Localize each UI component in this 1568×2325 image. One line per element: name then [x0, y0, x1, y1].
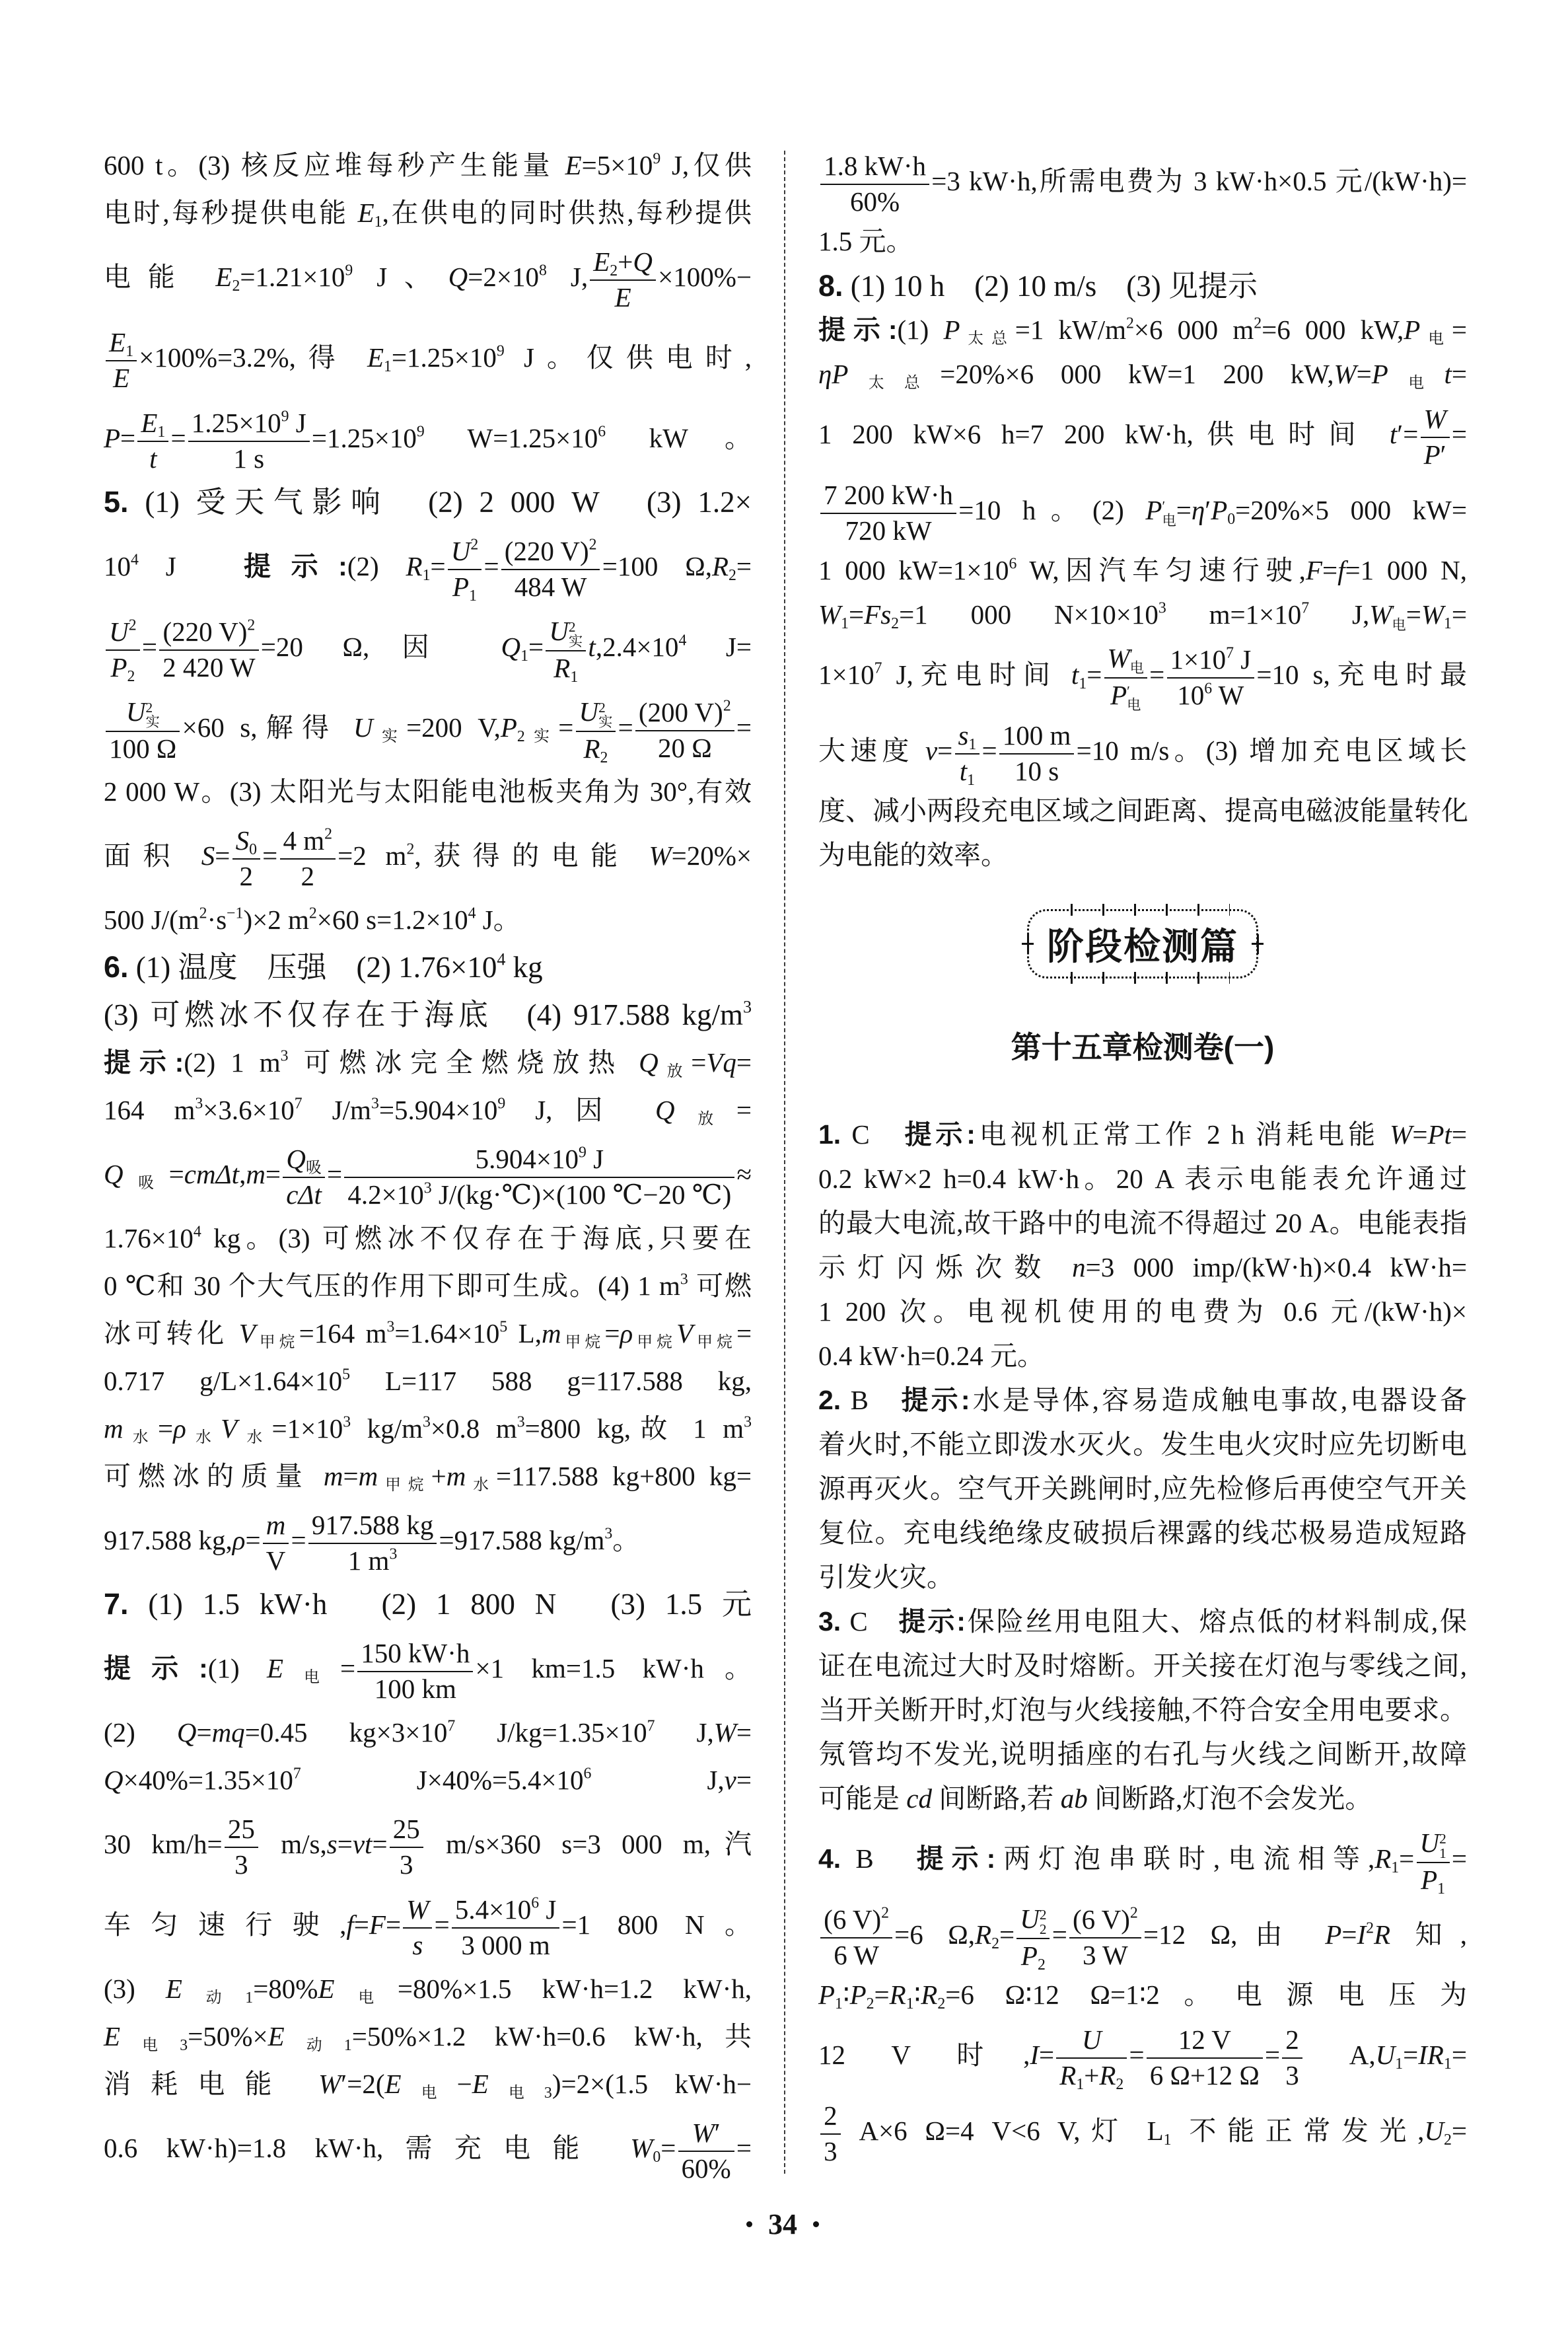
subscript: 放 — [659, 1063, 691, 1080]
text-line: 可燃冰的质量 m=m甲烷+m水=117.588 kg+800 kg= — [104, 1452, 752, 1500]
superscript: 8 — [539, 262, 547, 279]
math-variable: R — [583, 733, 600, 764]
math-variable: E — [358, 198, 374, 228]
fraction-numerator: U — [1056, 2024, 1127, 2058]
subscript: 1 — [835, 1995, 843, 2012]
subscript: 电3 — [489, 2085, 552, 2102]
subscript: 1 — [967, 772, 975, 789]
fraction: (6 V)26 W — [820, 1904, 892, 1970]
fraction-numerator: 12 V — [1147, 2024, 1263, 2058]
superscript: 2 — [324, 826, 332, 843]
super-subscript: 2实 — [598, 701, 612, 729]
subscript: 实 — [598, 716, 612, 729]
fraction: 23 — [820, 2100, 840, 2166]
super-subscript: 2实 — [569, 620, 583, 649]
math-variable: E — [215, 262, 232, 292]
subscript: 2 — [991, 1935, 999, 1952]
fraction-denominator: R2 — [576, 732, 616, 764]
superscript: 2 — [247, 617, 255, 634]
superscript: 3 — [195, 1095, 203, 1112]
text-line: 2. B 提示:水是导体,容易造成触电事故,电器设备 — [818, 1378, 1467, 1422]
superscript: 3 — [744, 1413, 752, 1430]
superscript: 3 — [1158, 599, 1166, 616]
fraction-numerator: E1 — [137, 408, 168, 441]
fraction-numerator: E1 — [106, 327, 137, 361]
superscript: 9 — [497, 1095, 505, 1112]
subscript: 电 — [402, 2085, 457, 2102]
superscript: 3 — [517, 1413, 525, 1430]
text-line: (2) Q=mq=0.45 kg×3×107 J/kg=1.35×107 J,W… — [104, 1709, 752, 1756]
math-variable: Q — [286, 1144, 306, 1174]
text-line: m水=ρ水V水=1×103 kg/m3×0.8 m3=800 kg,故 1 m3 — [104, 1405, 752, 1452]
subscript: 1 — [125, 344, 133, 361]
superscript: 7 — [874, 659, 882, 677]
math-variable: Q — [639, 1047, 659, 1078]
fraction-numerator: Q吸 — [283, 1144, 324, 1177]
text-line: 1×107 J,充电时间 t1=W′电P′电=1×107 J106 W=10 s… — [818, 637, 1467, 713]
math-variable: vt — [353, 1829, 373, 1859]
fraction-denominator: 60% — [678, 2152, 734, 2184]
fraction-denominator: 10 s — [999, 755, 1074, 787]
superscript: 2 — [145, 701, 159, 715]
superscript: 2 — [881, 1905, 889, 1922]
bold-label: 提示: — [917, 1843, 996, 1874]
subscript: 动1 — [182, 1989, 253, 2007]
bold-label: 提示: — [244, 551, 347, 581]
fraction-numerator: (6 V)2 — [1069, 1904, 1141, 1938]
bold-label: 3. — [818, 1606, 841, 1637]
text-line: 0.717 g/L×1.64×105 L=117 588 g=117.588 k… — [104, 1357, 752, 1405]
subscript: 甲烷 — [256, 1334, 299, 1351]
superscript: 3 — [371, 1095, 379, 1112]
text-line: ηP太总=20%×6 000 kW=1 200 kW,W=P电t= — [818, 352, 1467, 396]
math-variable: W — [649, 840, 671, 871]
math-variable: F — [1306, 555, 1322, 585]
math-variable: U — [1082, 2024, 1102, 2055]
text-line: 提示:(1) P太总=1 kW/m2×6 000 m2=6 000 kW,P电= — [818, 308, 1467, 352]
math-variable: R — [1059, 2060, 1076, 2090]
fraction: U21P1 — [1417, 1827, 1450, 1896]
fraction-denominator: R1 — [546, 651, 586, 684]
superscript: 2 — [406, 840, 414, 858]
text-line: 当开关断开时,灯泡与火线接触,不符合安全用电要求。 — [818, 1688, 1467, 1732]
fraction-denominator: 100 km — [357, 1672, 473, 1705]
text-line: 的最大电流,故干路中的电流不得超过 20 A。电能表指 — [818, 1201, 1467, 1245]
page-number: 34 — [768, 2207, 797, 2241]
fraction-denominator: 2 — [280, 860, 336, 892]
column-divider — [784, 151, 785, 2174]
text-line: 度、减小两段充电区域之间距离、提高电磁波能量转化 — [818, 789, 1467, 833]
superscript: 2 — [199, 904, 207, 922]
math-variable: P — [818, 1979, 835, 2010]
subscript: 2 — [867, 1995, 874, 2012]
text-line: 冰可转化 V甲烷=164 m3=1.64×105 L,m甲烷=ρ甲烷V甲烷= — [104, 1310, 752, 1357]
subscript: 电 — [283, 1669, 340, 1686]
subscript: 2 — [232, 277, 240, 295]
math-variable: E — [615, 282, 631, 313]
fraction-numerator: W — [403, 1894, 432, 1928]
math-variable: m — [266, 1510, 286, 1540]
math-variable: F — [369, 1909, 386, 1940]
math-variable: V — [676, 1318, 693, 1348]
subscript: 0 — [653, 2149, 660, 2166]
text-line: 证在电流过大时及时熔断。开关接在灯泡与零线之间, — [818, 1644, 1467, 1688]
math-variable: E — [166, 1974, 182, 2004]
math-variable: W — [406, 1894, 429, 1925]
subscript: 1 — [1395, 2055, 1403, 2073]
subscript: 2 — [891, 615, 899, 632]
text-line: 提示:(2) 1 m3 可燃冰完全燃烧放热 Q放=Vq= — [104, 1039, 752, 1086]
subscript: 1 — [157, 424, 165, 441]
text-line: 1.76×104 kg。(3) 可燃冰不仅存在于海底,只要在 — [104, 1214, 752, 1262]
fraction: Ws — [403, 1894, 432, 1960]
math-variable: R — [712, 551, 729, 581]
fraction-denominator: R1+R2 — [1056, 2059, 1127, 2091]
text-line: 着火时,不能立即泼水灭火。发生电火灾时应先切断电 — [818, 1422, 1467, 1467]
fraction-denominator: P1 — [448, 570, 481, 603]
fraction-numerator: U21 — [1417, 1827, 1450, 1863]
superscript: 5 — [342, 1366, 350, 1383]
text-line: 4. B 提示:两灯泡串联时,电流相等,R1=U21P1= — [818, 1821, 1467, 1897]
superscript: 9 — [653, 150, 660, 167]
bold-label: 8. — [818, 269, 843, 303]
text-line: 3. C 提示:保险丝用电阻大、熔点低的材料制成,保 — [818, 1600, 1467, 1644]
subscript: 1 — [384, 358, 392, 375]
superscript: 4 — [131, 551, 139, 568]
superscript: 5 — [499, 1318, 507, 1335]
math-variable: R — [1374, 1919, 1390, 1950]
subscript: 1 — [469, 587, 477, 605]
text-line: 104 J 提示:(2) R1=U2P1=(220 V)2484 W=100 Ω… — [104, 526, 752, 607]
bold-label: 提示: — [901, 1385, 970, 1415]
page-number-footer: 34 — [684, 2205, 882, 2242]
fraction-denominator: 4.2×103 J/(kg·℃)×(100 ℃−20 ℃) — [344, 1178, 734, 1210]
math-variable: ρ — [620, 1318, 633, 1348]
subscript: 1 — [1391, 1859, 1399, 1876]
fraction: E2+QE — [590, 246, 655, 313]
math-variable: cd — [906, 1783, 932, 1814]
math-variable: t — [149, 443, 157, 474]
answer-line: (3) 可燃冰不仅存在于海底 (4) 917.588 kg/m3 — [104, 991, 752, 1039]
math-variable: cΔt — [286, 1179, 322, 1210]
math-variable: s — [412, 1930, 423, 1960]
subscript: 2 — [1444, 2131, 1452, 2149]
fraction-numerator: W′ — [678, 2118, 734, 2151]
superscript: 2 — [1254, 314, 1262, 332]
text-line: (3) E动1=80%E电=80%×1.5 kW·h=1.2 kW·h, — [104, 1965, 752, 2012]
math-variable: m — [246, 1159, 266, 1189]
math-variable: P — [1404, 314, 1420, 345]
text-line: 可能是 cd 间断路,若 ab 间断路,灯泡不会发光。 — [818, 1777, 1467, 1821]
math-variable: E — [267, 1653, 283, 1683]
bold-label: 5. — [104, 485, 129, 519]
answer-line: 7. (1) 1.5 kW·h (2) 1 800 N (3) 1.5 元 — [104, 1580, 752, 1628]
subscript: 1 — [374, 213, 382, 231]
math-variable: Q — [177, 1717, 197, 1748]
subscript: 1 — [570, 669, 578, 686]
fraction-numerator: 4 m2 — [280, 825, 336, 859]
section-banner-wrap: 阶段检测篇 — [818, 909, 1467, 978]
text-line: 500 J/(m2·s−1)×2 m2×60 s=1.2×104 J。 — [104, 896, 752, 943]
text-line: U2实100 Ω×60 s,解得 U实=200 V,P2实=U2实R2=(200… — [104, 687, 752, 768]
right-column: 1.8 kW·h60%=3 kW·h,所需电费为 3 kW·h×0.5 元/(k… — [818, 143, 1467, 2169]
text-line: 大速度 v=s1t1=100 m10 s=10 m/s。(3) 增加充电区域长 — [818, 713, 1467, 789]
subscript: 太总 — [848, 375, 940, 392]
subscript: 2 — [127, 668, 135, 685]
text-line: 2 000 W。(3) 太阳光与太阳能电池板夹角为 30°,有效 — [104, 768, 752, 815]
text-line: U2P2=(220 V)22 420 W=20 Ω,因 Q1=U2实R1t,2.… — [104, 607, 752, 687]
fraction: W′60% — [678, 2118, 734, 2184]
math-variable: E — [318, 1974, 334, 2004]
fraction: U2P1 — [448, 536, 481, 602]
superscript: 6 — [1204, 680, 1212, 697]
fraction: 4 m22 — [280, 825, 336, 891]
superscript: 4 — [468, 904, 476, 922]
subscript: 1 — [1164, 2131, 1172, 2149]
math-variable: W — [1390, 1119, 1412, 1150]
fraction-numerator: 25 — [390, 1814, 423, 1847]
subscript: 电3 — [120, 2037, 188, 2054]
fraction: 1.8 kW·h60% — [820, 151, 929, 217]
subscript: 1 — [906, 1995, 914, 2012]
math-variable: R — [1099, 2060, 1116, 2090]
subscript: 水 — [186, 1429, 221, 1446]
math-variable: Q — [501, 632, 521, 662]
bold-label: 提示: — [818, 314, 897, 345]
fraction-numerator: 5.904×109 J — [344, 1144, 734, 1177]
fraction-denominator: 6 Ω+12 Ω — [1147, 2059, 1263, 2091]
text-line: 12 V 时,I=UR1+R2=12 V6 Ω+12 Ω=23 A,U1=IR1… — [818, 2017, 1467, 2093]
fraction: U2实R2 — [576, 696, 616, 764]
fraction: WP′ — [1421, 404, 1450, 470]
math-variable: P — [1325, 1919, 1341, 1950]
subscript: 水 — [466, 1477, 496, 1494]
text-line: P1∶P2=R1∶R2=6 Ω∶12 Ω=1∶2。电源电压为 — [818, 1973, 1467, 2017]
fraction-denominator: t1 — [955, 755, 980, 787]
math-variable: v — [725, 1765, 736, 1795]
subscript: 甲烷 — [633, 1334, 676, 1351]
fraction-denominator: P2 — [1016, 1939, 1050, 1972]
superscript: 6 — [531, 1895, 539, 1912]
fraction-numerator: (6 V)2 — [820, 1904, 892, 1938]
text-line: 源再灭火。空气开关跳闸时,应先检修后再使空气开关 — [818, 1467, 1467, 1511]
text-line: 消耗电能 W′=2(E电−E电3)=2×(1.5 kW·h− — [104, 2060, 752, 2108]
fraction-numerator: U2 — [448, 536, 481, 570]
subscript: 太总 — [960, 330, 1015, 348]
text-line: 7 200 kW·h720 kW=10 h。(2) P′电=η′P0=20%×5… — [818, 472, 1467, 548]
fraction-denominator: 1 s — [188, 442, 310, 474]
superscript: 9 — [417, 423, 425, 440]
math-variable: Vq — [706, 1047, 736, 1078]
math-variable: R — [406, 551, 423, 581]
bold-label: 提示: — [898, 1606, 965, 1637]
superscript: 3 — [389, 1545, 397, 1563]
math-variable: P — [501, 712, 517, 743]
math-variable: S — [201, 840, 215, 871]
fraction-denominator: t — [137, 442, 168, 474]
math-variable: W — [1424, 404, 1446, 434]
math-variable: Q — [448, 262, 468, 292]
subscript: 2 — [1040, 1923, 1047, 1937]
fraction-denominator: 2 420 W — [159, 651, 258, 683]
fraction: 12 V6 Ω+12 Ω — [1147, 2024, 1263, 2090]
subscript: 1 — [968, 737, 976, 754]
subscript: 实 — [373, 728, 406, 745]
subscript: 实 — [145, 716, 159, 729]
math-variable: IR — [1418, 2040, 1444, 2070]
superscript: 2 — [589, 536, 597, 554]
superscript: 3 — [343, 1413, 351, 1430]
math-variable: E — [141, 408, 157, 438]
subscript: 电 — [1130, 661, 1144, 675]
fraction: U2P2 — [106, 616, 139, 683]
math-variable: ηP — [818, 359, 848, 389]
subscript: 2 — [610, 263, 618, 280]
superscript: 2 — [1040, 1908, 1047, 1922]
math-variable: U — [109, 616, 129, 647]
fraction-numerator: 917.588 kg — [308, 1510, 437, 1543]
chapter-test-title: 第十五章检测卷(一) — [818, 1027, 1467, 1067]
decorative-cross-icon — [1022, 934, 1034, 954]
super-subscript: 22 — [1040, 1908, 1047, 1937]
text-line: 1 200 kW×6 h=7 200 kW·h,供电时间 t′=WP′= — [818, 396, 1467, 472]
math-variable: E — [109, 327, 125, 357]
superscript: 2 — [598, 701, 612, 715]
math-variable: R — [890, 1979, 906, 2010]
fraction: 1×107 J106 W — [1167, 644, 1255, 710]
subscript: 电 — [1420, 330, 1452, 348]
bold-label: 提示: — [104, 1047, 184, 1078]
fraction-denominator: 720 kW — [820, 514, 956, 546]
subscript: 电 — [1127, 698, 1141, 712]
answer-line: 6. (1) 温度 压强 (2) 1.76×104 kg — [104, 943, 752, 991]
math-variable: W — [692, 2118, 715, 2148]
math-variable: U — [1020, 1903, 1040, 1934]
text-line: E1E×100%=3.2%,得 E1=1.25×109 J。仅供电时, — [104, 317, 752, 398]
math-variable: E — [385, 2069, 402, 2099]
math-variable: E — [104, 2021, 120, 2051]
superscript: 9 — [579, 1144, 587, 1162]
super-subscript: ′电 — [1392, 604, 1406, 632]
fraction: 100 m10 s — [999, 720, 1074, 786]
text-line: E电3=50%×E动1=50%×1.2 kW·h=0.6 kW·h,共 — [104, 2012, 752, 2060]
fraction: (220 V)22 420 W — [159, 616, 258, 683]
math-variable: U — [1419, 1827, 1439, 1858]
text-line: 0.6 kW·h)=1.8 kW·h,需充电能 W0=W′60%= — [104, 2108, 752, 2188]
fraction-denominator: 3 — [225, 1848, 258, 1880]
subscript: 0 — [249, 842, 257, 859]
fraction: 253 — [225, 1814, 258, 1880]
subscript: 吸 — [124, 1175, 169, 1192]
left-column: 600 t。(3) 核反应堆每秒产生能量 E=5×109 J,仅供电时,每秒提供… — [104, 141, 752, 2188]
subscript: 2 — [600, 749, 608, 766]
math-variable: S — [236, 825, 250, 856]
superscript: 7 — [1301, 599, 1309, 616]
text-line: P=E1t=1.25×109 J1 s=1.25×109 W=1.25×106 … — [104, 398, 752, 478]
superscript: ′ — [1162, 499, 1176, 513]
text-line: 1 200 次。电视机使用的电费为 0.6 元/(kW·h)× — [818, 1290, 1467, 1334]
answer-line: 8. (1) 10 h (2) 10 m/s (3) 见提示 — [818, 264, 1467, 308]
fraction-denominator: 106 W — [1167, 679, 1255, 711]
superscript: ′ — [1130, 647, 1144, 661]
subscript: 水 — [237, 1429, 271, 1446]
fraction-numerator: W — [1421, 404, 1450, 437]
superscript: 9 — [281, 408, 289, 425]
text-line: 1.5 元。 — [818, 219, 1467, 264]
fraction: s1t1 — [955, 720, 980, 786]
superscript: 3 — [604, 1525, 612, 1542]
math-variable: W — [1369, 599, 1392, 630]
section-banner-label: 阶段检测篇 — [1047, 918, 1238, 971]
math-variable: W — [318, 2069, 341, 2099]
math-variable: U — [549, 616, 569, 646]
fraction: S02 — [232, 825, 260, 891]
math-variable: P — [452, 572, 469, 602]
math-variable: Q — [104, 1765, 124, 1795]
superscript: 6 — [584, 1765, 592, 1782]
superscript: 3 — [281, 1047, 289, 1064]
fraction: Q吸cΔt — [283, 1144, 324, 1210]
fraction-denominator: P1 — [1417, 1863, 1450, 1896]
bold-label: 2. — [818, 1385, 841, 1415]
math-variable: R — [975, 1919, 991, 1950]
math-variable: t — [1390, 419, 1397, 449]
superscript: 6 — [1009, 555, 1016, 572]
fraction-numerator: (200 V)2 — [635, 697, 734, 731]
math-variable: ρ — [232, 1525, 246, 1555]
subscript: 1 — [841, 615, 849, 632]
fraction-denominator: P′ — [1421, 438, 1450, 470]
fraction: U22P2 — [1016, 1903, 1050, 1972]
text-line: 引发火灾。 — [818, 1555, 1467, 1600]
math-variable: P — [104, 423, 120, 453]
math-variable: m — [446, 1461, 466, 1491]
bold-label: 7. — [104, 1587, 129, 1621]
math-variable: t — [960, 756, 967, 786]
math-variable: U — [126, 696, 146, 727]
math-variable: P — [1372, 359, 1388, 389]
text-line: 面积 S=S02=4 m22=2 m2,获得的电能 W=20%× — [104, 815, 752, 896]
math-variable: P — [1110, 680, 1127, 710]
math-variable: m — [542, 1318, 561, 1348]
fraction-denominator: 3 000 m — [452, 1929, 559, 1961]
subscript: 0 — [1227, 511, 1235, 528]
super-subscript: ′电 — [1162, 499, 1176, 528]
math-variable: mq — [212, 1717, 245, 1748]
subscript: 2 — [1116, 2076, 1123, 2093]
text-line: 电时,每秒提供电能 E1,在供电的同时供热,每秒提供 — [104, 189, 752, 237]
math-variable: f — [346, 1909, 353, 1940]
fraction-numerator: 2 — [1282, 2024, 1302, 2058]
text-line: 氖管均不发光,说明插座的右孔与火线之间断开,故障 — [818, 1732, 1467, 1777]
subscript: 甲烷 — [561, 1334, 605, 1351]
math-variable: R — [1374, 1843, 1391, 1874]
superscript: ′ — [1127, 684, 1141, 698]
fraction-denominator: 3 — [1282, 2059, 1302, 2091]
math-variable: W — [818, 599, 841, 630]
fraction-numerator: S0 — [232, 825, 260, 859]
subscript: 1 — [1079, 675, 1087, 692]
math-variable: f — [1337, 555, 1345, 585]
fraction: 150 kW·h100 km — [357, 1638, 473, 1704]
math-variable: W — [714, 1717, 736, 1748]
math-variable: E — [565, 150, 582, 180]
bold-label: 提示: — [104, 1653, 208, 1683]
math-variable: Q — [633, 246, 653, 277]
math-variable: E — [367, 342, 384, 373]
bold-label: 提示: — [904, 1119, 975, 1150]
subscript: 1 — [1444, 2055, 1452, 2073]
